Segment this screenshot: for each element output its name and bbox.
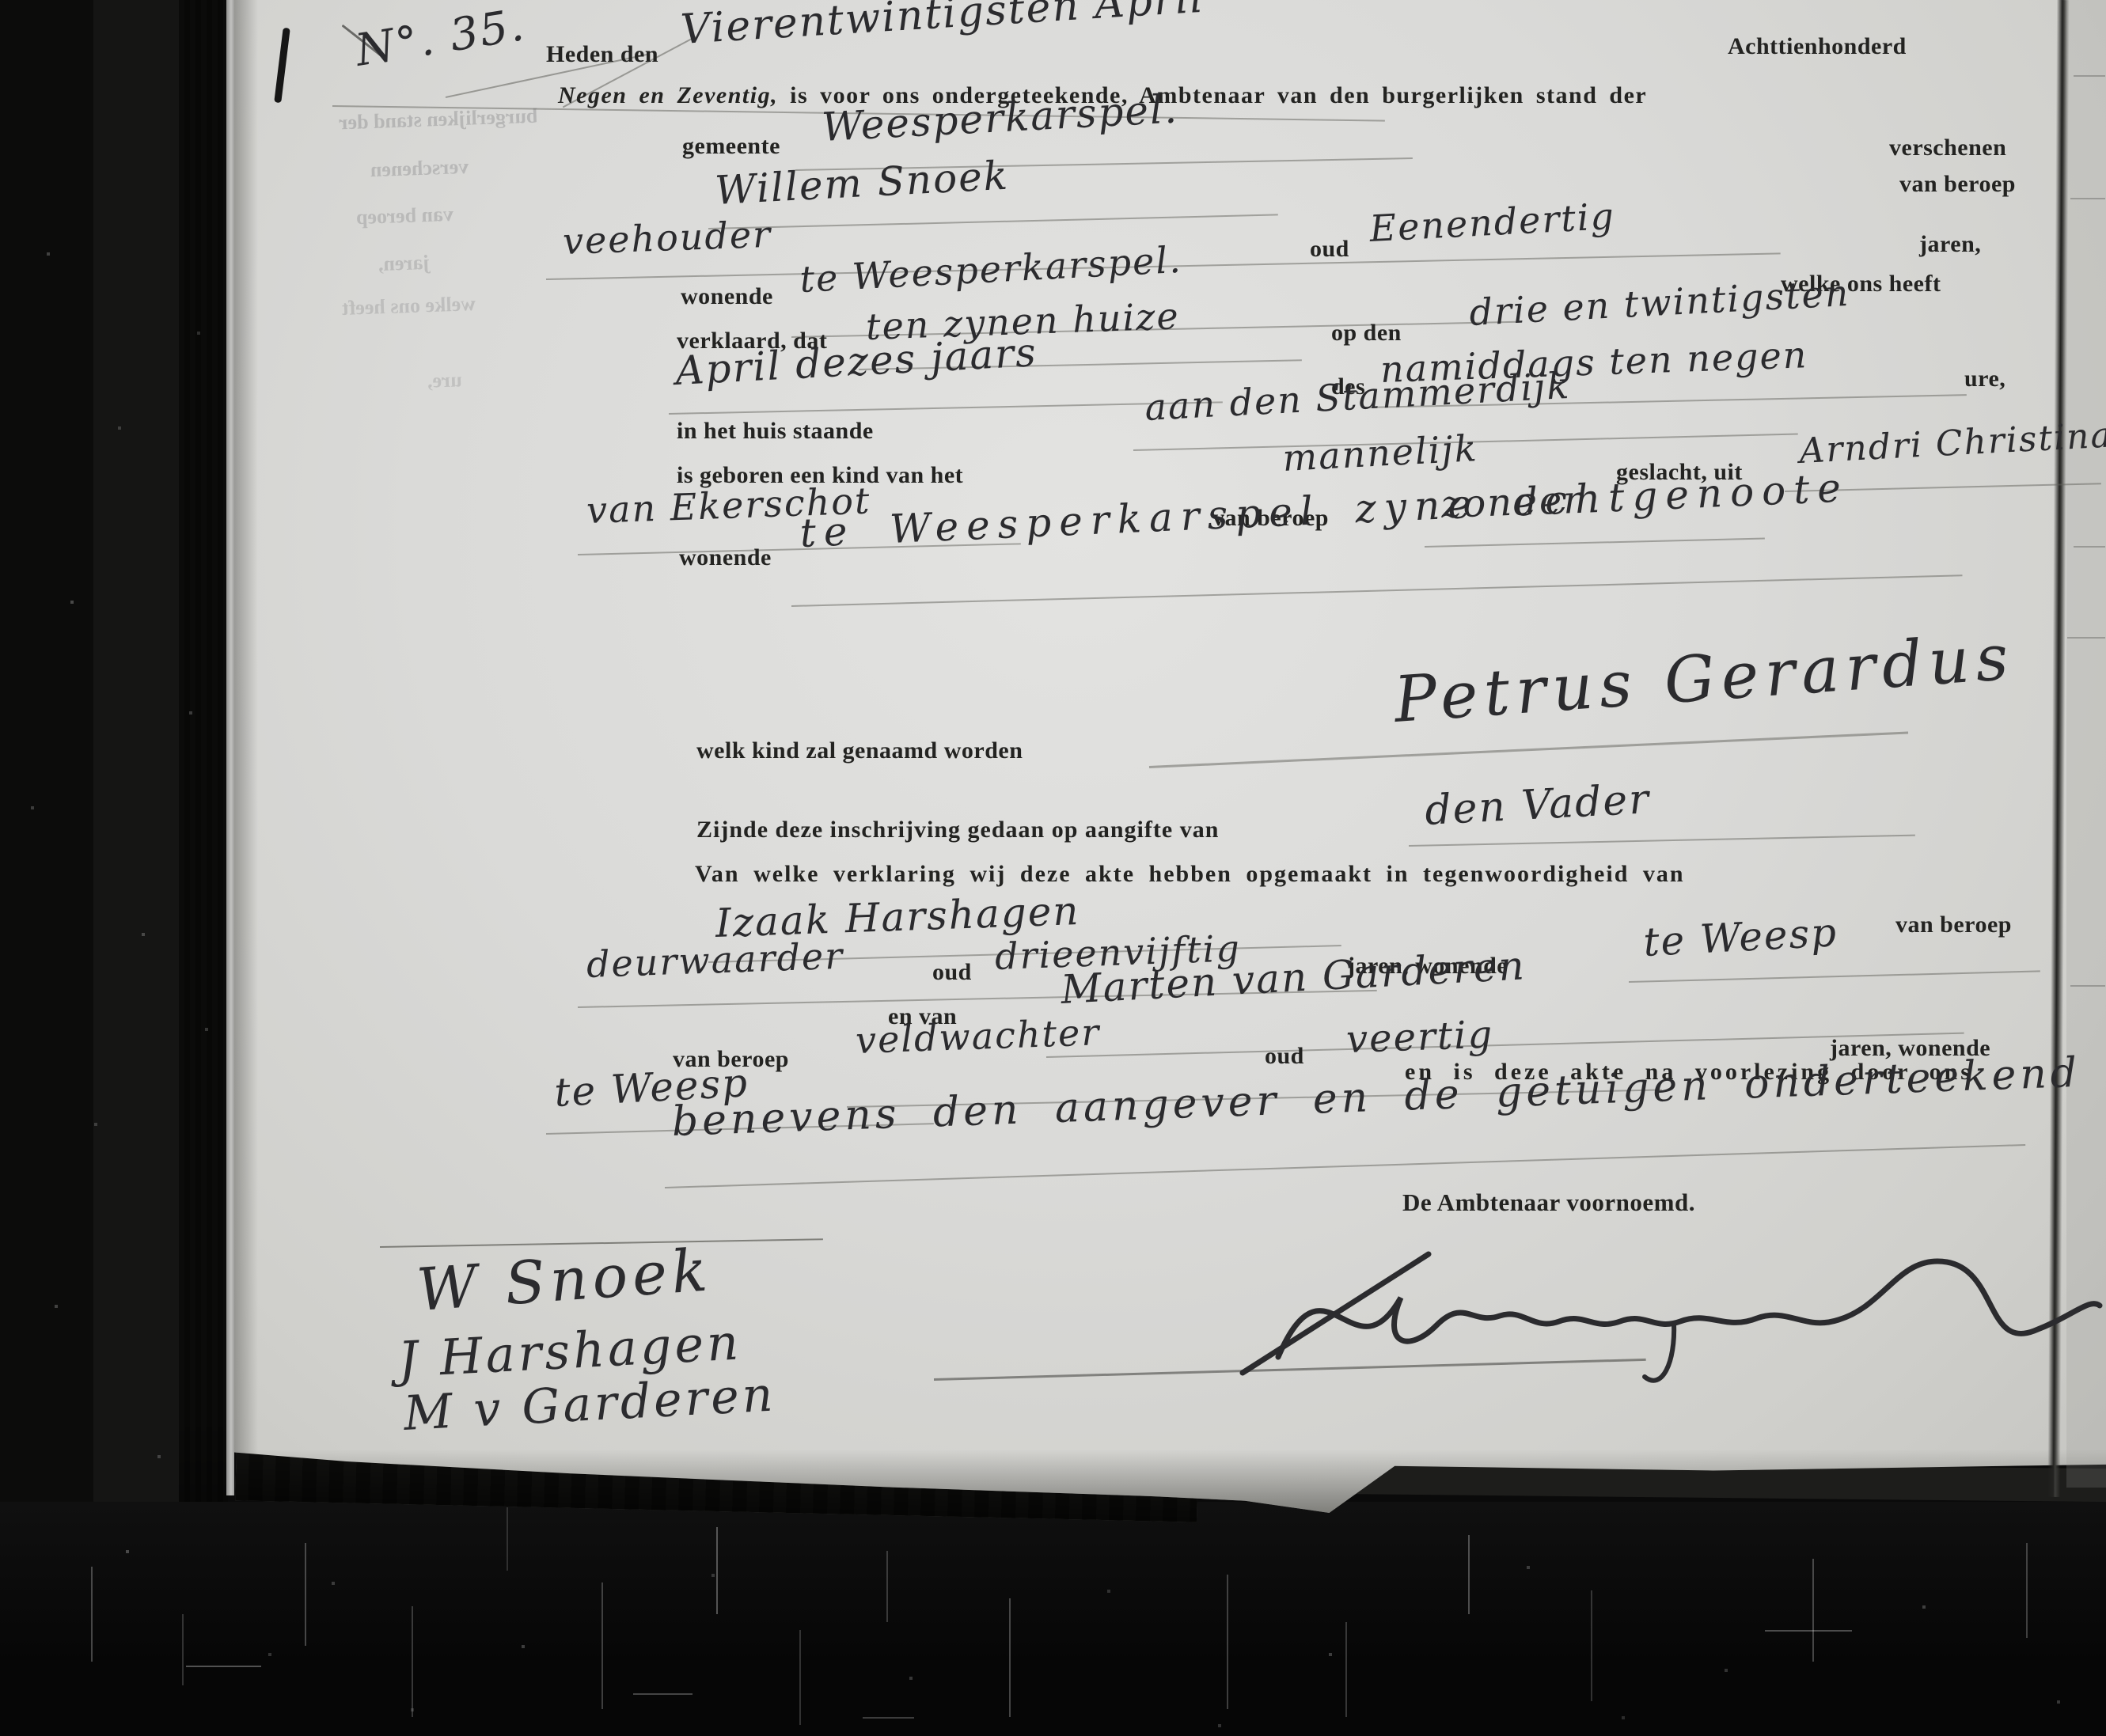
ruled-line-remnant <box>2074 75 2105 77</box>
printed-gemeente: gemeente <box>682 133 780 160</box>
hw-witness2-occupation: veldwachter <box>855 1010 1101 1062</box>
hw-declarant-occupation: veehouder <box>562 213 772 263</box>
scanned-birth-act-page: burgerlijken stand der verschenen van be… <box>0 0 2106 1736</box>
film-scratch-horizontal <box>863 1717 914 1719</box>
film-scratch <box>799 1630 801 1725</box>
page-edge-highlight <box>226 0 234 1495</box>
ghost-text: jaren, <box>378 251 430 276</box>
ruled-line-remnant <box>2070 198 2105 199</box>
printed-heden-den: Heden den <box>546 41 658 68</box>
ghost-text: verschenen <box>370 155 469 182</box>
film-speckles <box>0 0 2 2</box>
printed-ure: ure, <box>1964 366 2005 392</box>
film-scratch <box>1227 1575 1228 1709</box>
ghost-text: ure, <box>427 368 462 393</box>
hw-witness2-age: veertig <box>1345 1013 1494 1062</box>
ruled-line-remnant <box>2067 637 2105 639</box>
film-scratch <box>1468 1535 1470 1614</box>
film-scratch <box>886 1551 888 1622</box>
film-scratch <box>182 1614 184 1685</box>
printed-op-den: op den <box>1331 320 1402 347</box>
printed-van-welke-verklaring: Van welke verklaring wij deze akte hebbe… <box>695 861 1685 888</box>
film-scratch <box>601 1582 603 1709</box>
film-scratch <box>1009 1598 1011 1717</box>
printed-zijnde-inschrijving: Zijnde deze inschrijving gedaan op aangi… <box>696 817 1219 843</box>
printed-achttienhonderd: Achttienhonderd <box>1728 33 1907 60</box>
ruled-line-remnant <box>2074 546 2105 548</box>
hw-witness1-occupation: deurwaarder <box>586 934 844 986</box>
ruled-line-remnant <box>2070 985 2105 987</box>
film-scratch <box>507 1507 508 1571</box>
film-scratch <box>1812 1559 1814 1662</box>
film-scratch <box>716 1527 718 1614</box>
film-scratch <box>305 1543 306 1646</box>
ghost-text: van beroep <box>356 203 454 229</box>
official-signature-scrawl <box>1231 1211 2106 1393</box>
film-scratch <box>1591 1590 1592 1701</box>
printed-verschenen: verschenen <box>1889 135 2006 161</box>
film-scratch <box>91 1567 93 1662</box>
printed-van-beroep: van beroep <box>1899 171 2016 198</box>
printed-wonende: wonende <box>681 283 773 310</box>
film-scratch-horizontal <box>1765 1630 1852 1632</box>
film-border-bottom <box>0 1502 2106 1736</box>
film-border-left <box>0 0 93 1736</box>
film-scratch-horizontal <box>633 1693 693 1695</box>
film-scratch <box>2026 1543 2028 1638</box>
printed-welk-kind: welk kind zal genaamd worden <box>696 737 1023 764</box>
printed-oud: oud <box>1310 236 1349 263</box>
ghost-text: welke ons heeft <box>342 292 476 320</box>
film-scratch <box>1345 1622 1347 1717</box>
printed-oud-witness2: oud <box>1265 1043 1304 1070</box>
film-scratch <box>412 1606 413 1717</box>
printed-wonende-mother: wonende <box>679 544 772 571</box>
printed-van-beroep-witness1: van beroep <box>1895 912 2012 938</box>
printed-year-words: Negen en Zeventig, <box>558 82 778 108</box>
film-scratch-horizontal <box>186 1666 261 1667</box>
printed-jaren: jaren, <box>1919 231 1981 258</box>
printed-oud-witness1: oud <box>932 959 972 986</box>
page-stack-edge-left <box>179 0 228 1736</box>
book-gutter-shadow <box>93 0 179 1736</box>
printed-in-het-huis-staande: in het huis staande <box>677 418 874 445</box>
